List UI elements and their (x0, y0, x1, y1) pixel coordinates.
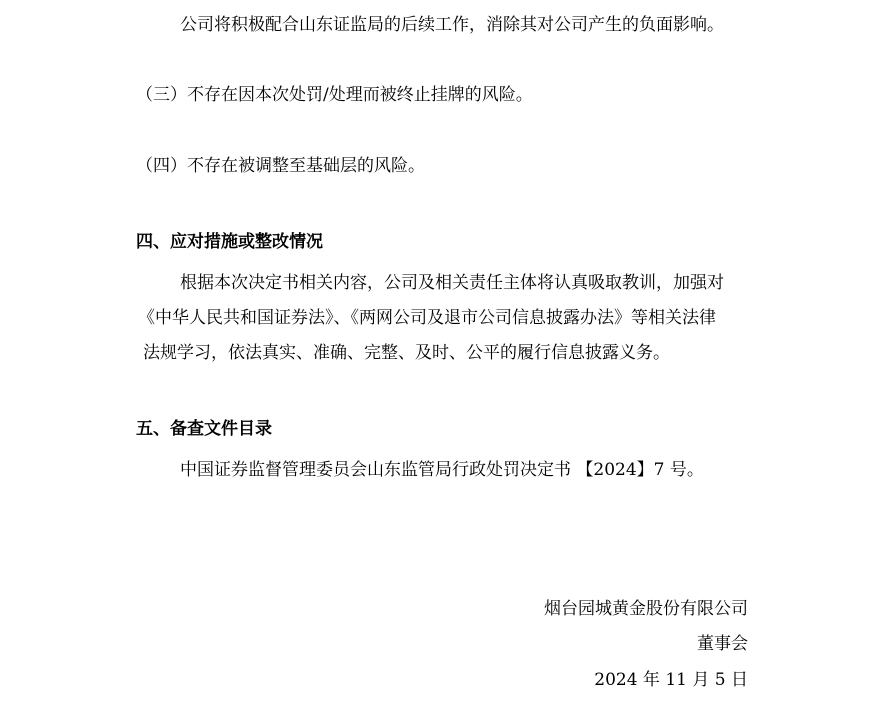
signature-date: 2024 年 11 月 5 日 (594, 669, 748, 691)
section-4-line-3: 法规学习，依法真实、准确、完整、及时、公平的履行信息披露义务。 (143, 342, 670, 364)
section-5-heading: 五、备查文件目录 (136, 418, 272, 440)
item-3: （三）不存在因本次处罚/处理而被终止挂牌的风险。 (136, 84, 533, 106)
item-4: （四）不存在被调整至基础层的风险。 (136, 155, 425, 177)
section-4-heading: 四、应对措施或整改情况 (136, 231, 323, 253)
section-5-line-1: 中国证券监督管理委员会山东监管局行政处罚决定书 【2024】7 号。 (180, 459, 704, 481)
section-4-line-2: 《中华人民共和国证券法》、《两网公司及退市公司信息披露办法》等相关法律 (138, 307, 716, 329)
section-4-line-1: 根据本次决定书相关内容，公司及相关责任主体将认真吸取教训，加强对 (180, 272, 724, 294)
signature-company: 烟台园城黄金股份有限公司 (544, 598, 748, 620)
paragraph-continuation: 公司将积极配合山东证监局的后续工作，消除其对公司产生的负面影响。 (180, 14, 724, 36)
signature-board: 董事会 (697, 633, 748, 655)
